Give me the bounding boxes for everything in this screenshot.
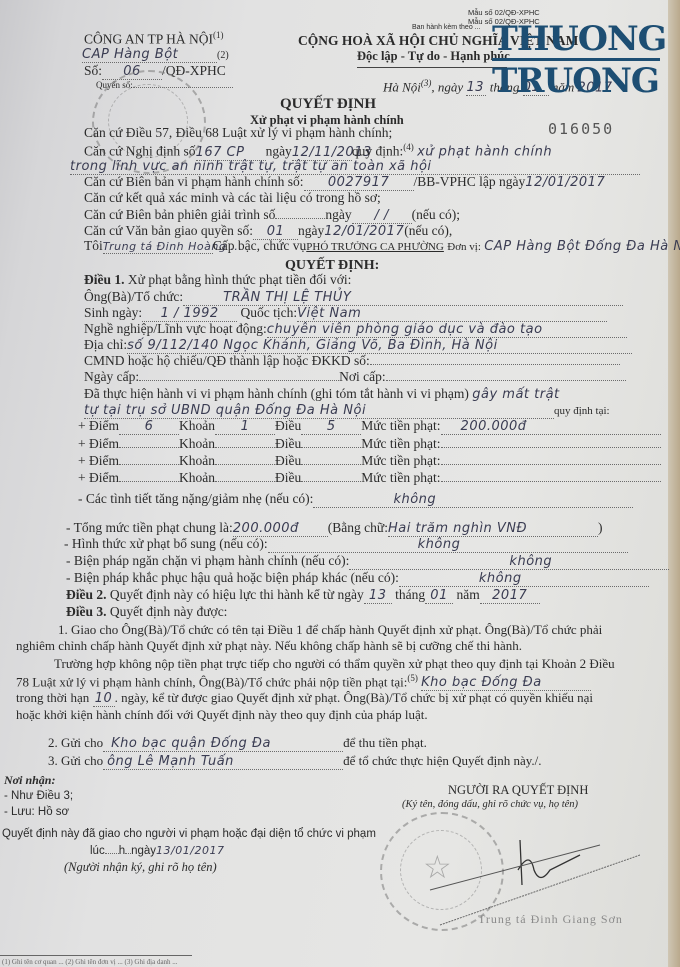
document-page: CÔNG AN TP HÀ NỘI(1) CAP Hàng Bột(2) Số:… [0, 0, 668, 967]
thuong-truong-watermark-logo: THUONG TRUONG [492, 22, 668, 98]
field-issue-date-place: Ngày cấp:Nơi cấp: [84, 369, 626, 385]
article-3-p2d: hoặc khởi kiện hành chính đối với Quyết … [16, 707, 428, 723]
article-2: Điều 2. Quyết định này có hiệu lực thi h… [66, 587, 540, 604]
basis-explanation-record: Căn cứ Biên bản phiên giải trình sốngày/… [84, 207, 460, 224]
article-1-heading: Điều 1. Xử phạt bằng hình thức phạt tiền… [84, 272, 351, 288]
document-title: QUYẾT ĐỊNH [280, 96, 376, 113]
article-3-p1a: 1. Giao cho Ông(Bà)/Tổ chức có tên tại Đ… [58, 622, 602, 638]
form-code-1: Mẫu số 02/QĐ-XPHC [468, 8, 540, 17]
article-3-heading: Điều 3. Quyết định này được: [66, 604, 227, 620]
article-3-p2c: trong thời hạn 10. ngày, kể từ được giao… [16, 690, 593, 707]
national-motto: Độc lập - Tự do - Hạnh phúc [357, 49, 510, 64]
field-occupation: Nghề nghiệp/Lĩnh vực hoạt động:chuyên vi… [84, 321, 627, 338]
delivery-note: Quyết định này đã giao cho người vi phạm… [2, 828, 376, 840]
issuing-unit: CAP Hàng Bột(2) [82, 46, 229, 63]
send-to-officer: 3. Gửi choông Lê Mạnh Tuấnđể tổ chức thự… [48, 753, 542, 770]
aggravating-circumstances: - Các tình tiết tăng nặng/giảm nhẹ (nếu … [78, 491, 633, 508]
penalty-row: + ĐiểmKhoảnĐiềuMức tiền phạt: [78, 436, 661, 452]
delivery-time: lúchngày13/01/2017 [90, 844, 224, 857]
signer-title: NGƯỜI RA QUYẾT ĐỊNH [448, 783, 588, 798]
recipients-heading: Nơi nhận: [4, 773, 55, 788]
basis-violation-record: Căn cứ Biên bản vi phạm hành chính số:00… [84, 174, 605, 191]
remedial-measure: - Biện pháp khắc phục hậu quả hoặc biện … [66, 570, 649, 587]
total-fine: - Tổng mức tiền phạt chung là:200.000đ(B… [66, 520, 602, 537]
recipient-item: - Lưu: Hồ sơ [4, 806, 69, 818]
signer-name: Trung tá Đinh Giang Sơn [478, 912, 623, 927]
signer-note: (Ký tên, đóng dấu, ghi rõ chức vụ, họ tê… [402, 799, 578, 810]
penalty-row: + ĐiểmKhoảnĐiềuMức tiền phạt: [78, 453, 661, 469]
footnote-divider [0, 955, 192, 956]
motto-underline [357, 67, 507, 68]
violation-description: Đã thực hiện hành vi vi phạm hành chính … [84, 386, 560, 402]
footnote: (1) Ghi tên cơ quan ... (2) Ghi tên đơn … [2, 958, 178, 966]
receiver-sign-note: (Người nhận ký, ghi rõ họ tên) [64, 860, 217, 875]
article-3-p2b: 78 Luật xử lý vi phạm hành chính, Ông(Bà… [16, 673, 591, 691]
penalty-row: + Điểm6Khoản1Điều5Mức tiền phạt:200.000đ [78, 418, 661, 435]
basis-law: Căn cứ Điều 57, Điều 68 Luật xử lý vi ph… [84, 125, 392, 141]
send-to-treasury: 2. Gửi choKho bạc quận Đống Đađể thu tiề… [48, 735, 427, 752]
issued-with-note: Ban hành kèm theo ... [412, 24, 481, 31]
additional-penalty: - Hình thức xử phạt bổ sung (nếu có):khô… [64, 536, 628, 553]
violation-description-cont: tự tại trụ sở UBND quận Đống Đa Hà Nộiqu… [84, 402, 610, 419]
issuer-line: TôiTrung tá Đinh Hoàng ...Cấp bậc, chức … [84, 238, 680, 254]
preventive-measure: - Biện pháp ngăn chặn vi phạm hành chính… [66, 553, 669, 570]
issuing-agency: CÔNG AN TP HÀ NỘI(1) [84, 30, 224, 48]
basis-decree-scope: trong lĩnh vực an ninh trật tự, trật tự … [70, 158, 640, 175]
penalty-row: + ĐiểmKhoảnĐiềuMức tiền phạt: [78, 470, 661, 486]
serial-number: 016050 [548, 120, 614, 138]
photo-background-edge [668, 0, 680, 967]
field-id-number: CMND hoặc hộ chiếu/QĐ thành lập hoặc ĐKK… [84, 353, 620, 369]
field-violator-name: Ông(Bà)/Tổ chức:TRẦN THỊ LỆ THỦY [84, 289, 623, 306]
basis-verification: Căn cứ kết quả xác minh và các tài liệu … [84, 190, 381, 206]
recipient-item: - Như Điều 3; [4, 790, 73, 802]
article-3-p2a: Trường hợp không nộp tiền phạt trực tiếp… [54, 656, 615, 672]
field-birth-nationality: Sinh ngày:1 / 1992 Quốc tịch:Việt Nam [84, 305, 607, 322]
field-address: Địa chỉ:số 9/112/140 Ngọc Khánh, Giảng V… [84, 337, 632, 354]
article-3-p1b: nghiêm chỉnh chấp hành Quyết định xử phạ… [16, 638, 522, 654]
